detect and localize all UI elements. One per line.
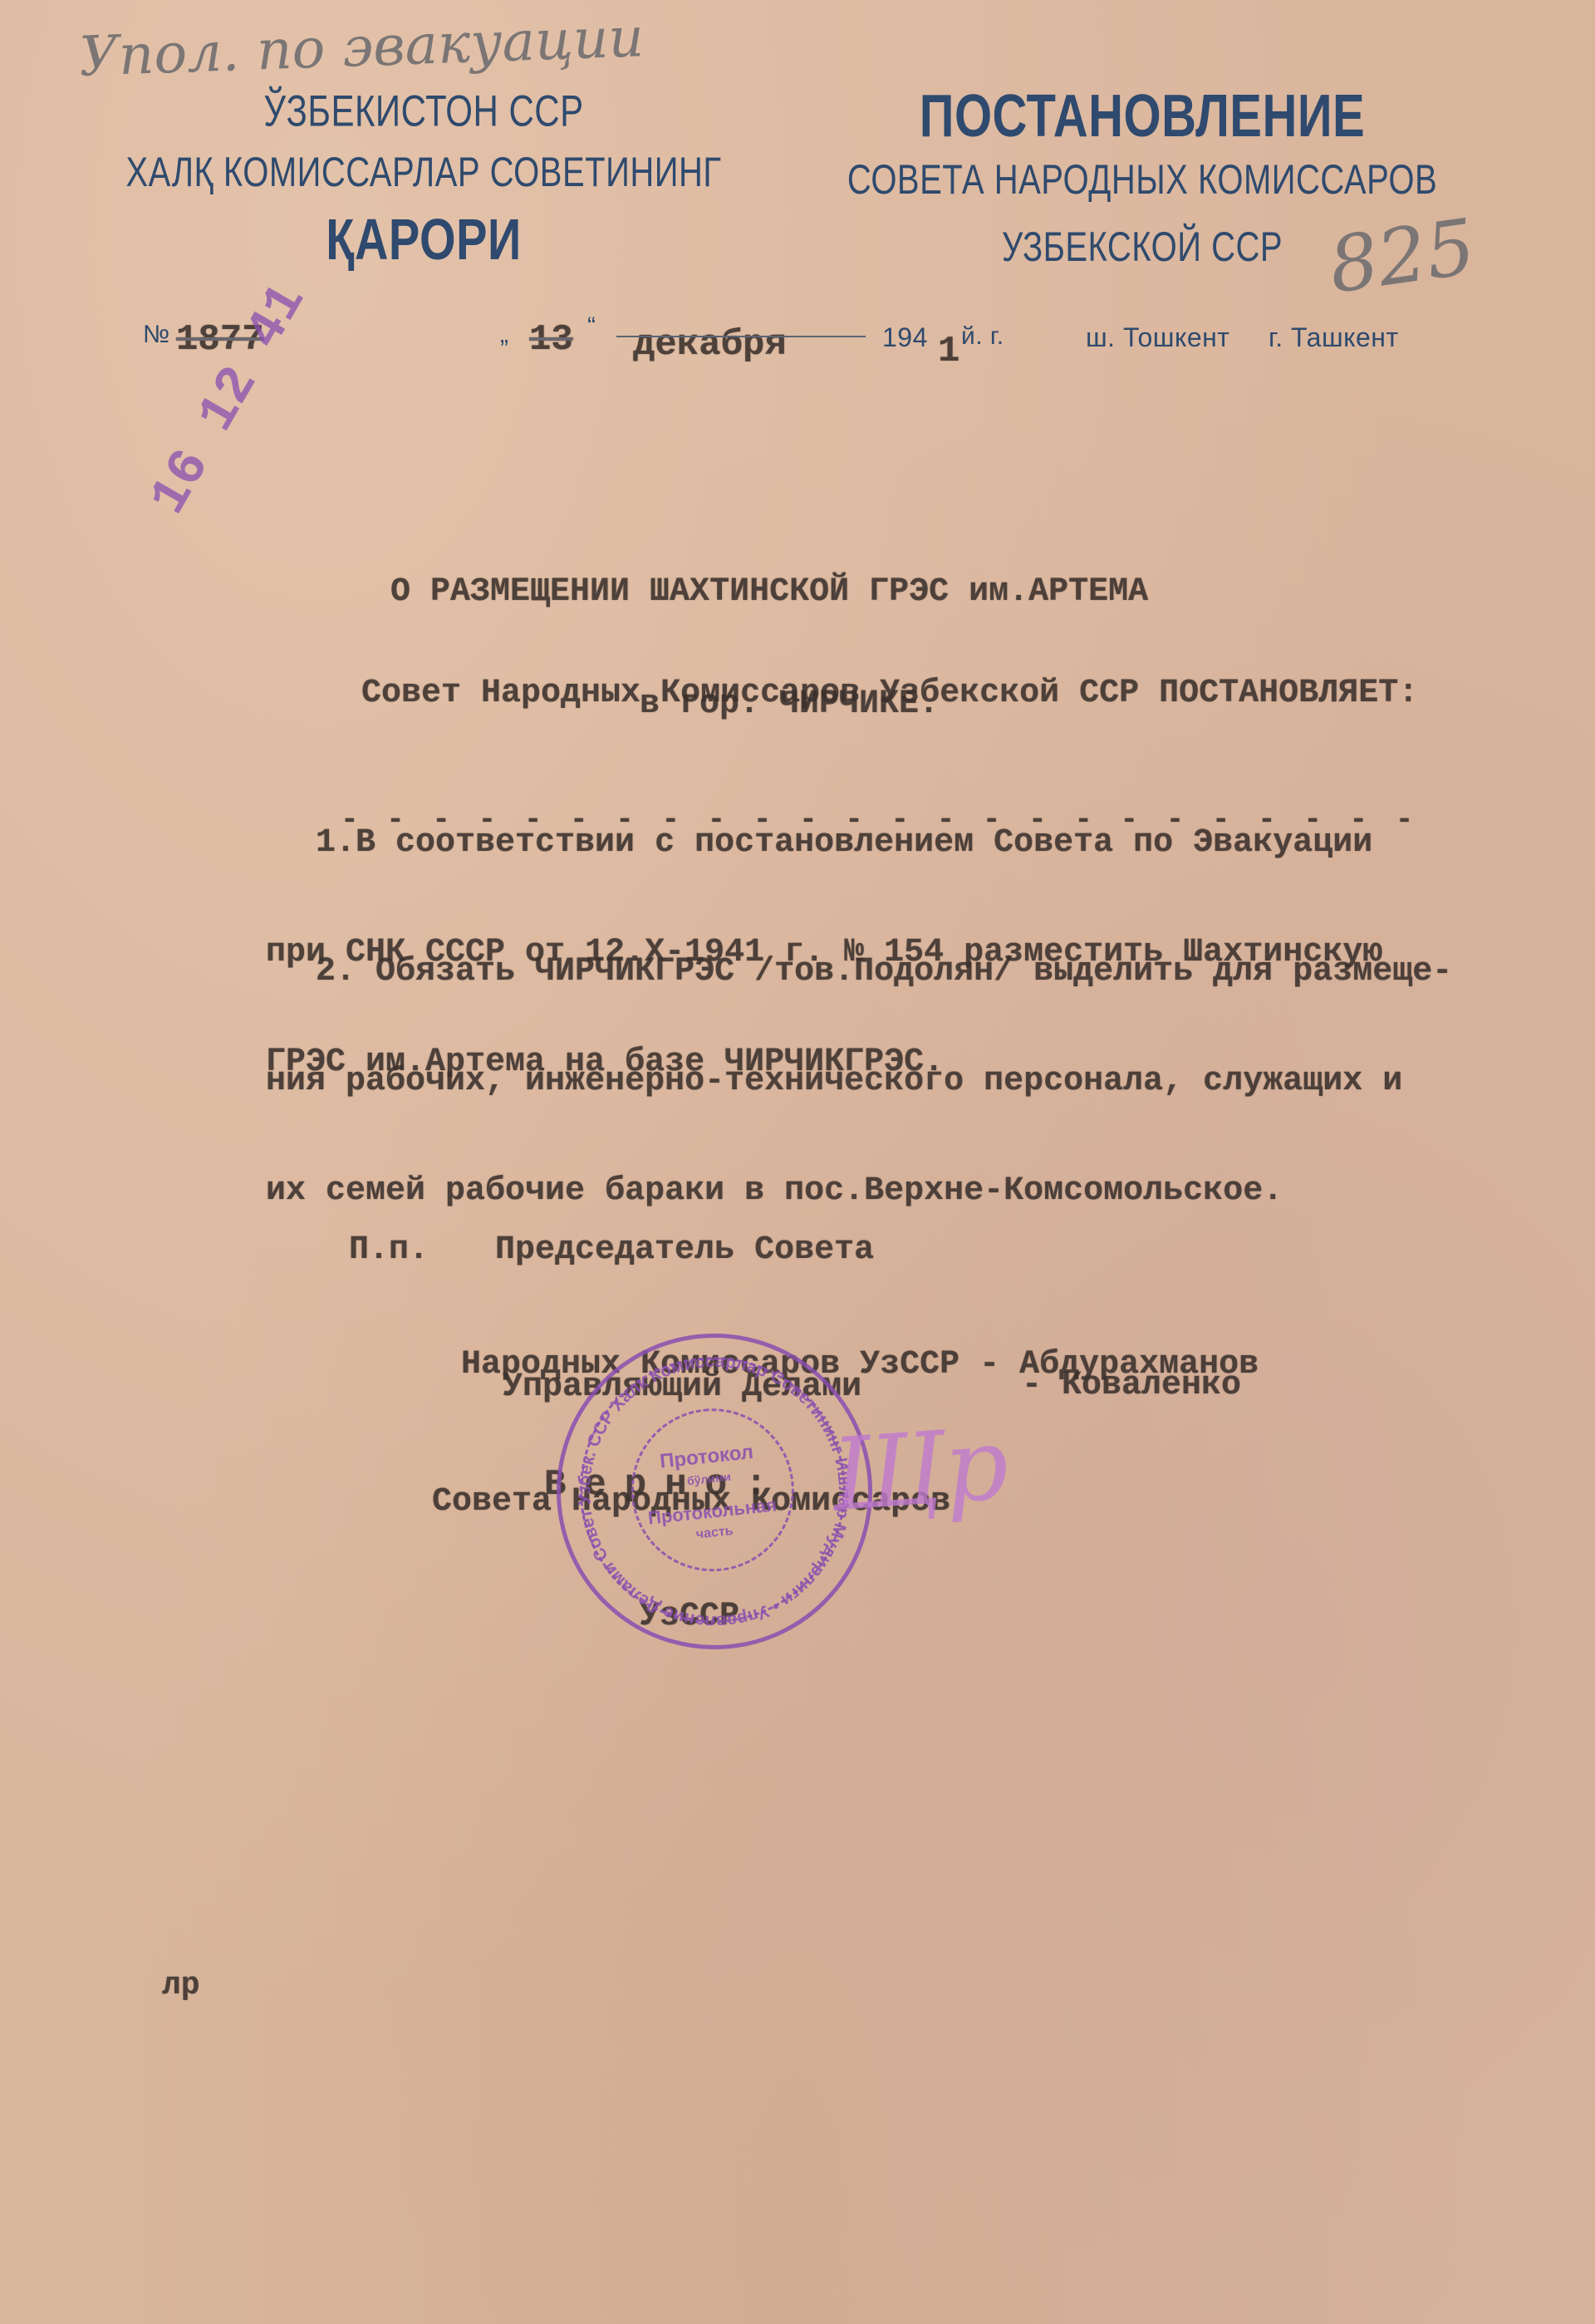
item2-line1: 2. Обязать ЧИРЧИКГРЭС /тов.Подолян/ выде… bbox=[316, 954, 1452, 990]
handwritten-note: Упол. по эвакуации bbox=[78, 5, 645, 89]
header-uzbek-line1: ЎЗБЕКИСТОН ССР bbox=[91, 86, 756, 136]
date-close-quote: “ bbox=[587, 312, 596, 341]
received-date-stamp: 16 12 41 bbox=[140, 274, 319, 525]
item2-line2: ния рабочих, инженерно-технического перс… bbox=[266, 1064, 1452, 1100]
city-uzbek: ш. Тошкент bbox=[1086, 322, 1229, 353]
manager-name: - Коваленко bbox=[1022, 1367, 1241, 1404]
document-month: декабря bbox=[633, 324, 787, 366]
seal-center-text: Протокол бўлими Протокольная часть bbox=[631, 1438, 790, 1551]
handwritten-page-number: 825 bbox=[1323, 202, 1480, 310]
header-russian-title: ПОСТАНОВЛЕНИЕ bbox=[797, 81, 1487, 151]
chairman-title-line1: Председатель Совета bbox=[495, 1231, 874, 1269]
handwritten-signature: Щр bbox=[827, 1407, 1012, 1535]
copy-prefix: П.п. bbox=[349, 1231, 429, 1269]
meta-line: № 1877 „ 13 “ декабря 194 1 й. г. ш. Тош… bbox=[143, 316, 1439, 374]
item1-line1: 1.В соответствии с постановлением Совета… bbox=[316, 825, 1382, 862]
city-russian: г. Ташкент bbox=[1269, 322, 1399, 353]
title-line1: О РАЗМЕЩЕНИИ ШАХТИНСКОЙ ГРЭС им.АРТЕМА bbox=[390, 573, 1418, 611]
year-suffix: й. г. bbox=[961, 322, 1004, 351]
year-prefix: 194 bbox=[882, 322, 928, 353]
document-day: 13 bbox=[529, 319, 573, 361]
header-uzbek-line3: ҚАРОРИ bbox=[91, 205, 756, 273]
header-russian-line2: СОВЕТА НАРОДНЫХ КОМИССАРОВ bbox=[797, 157, 1487, 204]
header-uzbek-line2: ХАЛҚ КОМИССАРЛАР СОВЕТИНИНГ bbox=[91, 150, 756, 196]
date-open-quote: „ bbox=[500, 321, 509, 349]
header-uzbek: ЎЗБЕКИСТОН ССР ХАЛҚ КОМИССАРЛАР СОВЕТИНИ… bbox=[91, 83, 756, 266]
preamble: Совет Народных Комиссаров Узбекской ССР … bbox=[361, 675, 1418, 712]
typist-initials: лр bbox=[162, 1968, 200, 2003]
year-digit: 1 bbox=[938, 331, 959, 372]
date-rule bbox=[616, 336, 866, 337]
number-label: № bbox=[143, 321, 170, 349]
